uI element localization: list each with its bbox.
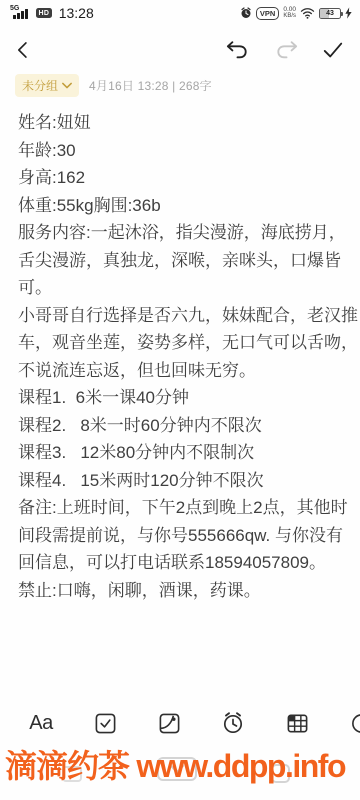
note-date-wordcount: 4月16日 13:28 | 268字 — [89, 77, 212, 94]
note-line: 可。 — [18, 274, 352, 302]
insert-image-button[interactable] — [137, 712, 201, 735]
vpn-icon: VPN — [256, 7, 279, 20]
checkmark-icon — [321, 39, 345, 61]
text-format-icon: Aa — [29, 712, 52, 735]
save-note-button[interactable] — [318, 35, 348, 65]
note-line: 回信息，可以打电话联系18594057809。 — [18, 549, 352, 577]
note-line: 姓名:妞妞 — [18, 109, 352, 137]
insert-table-button[interactable] — [265, 712, 329, 735]
category-label: 未分组 — [22, 77, 58, 94]
status-time: 13:28 — [59, 5, 94, 21]
watermark-banner: 滴滴约茶 www.ddpp.info — [5, 741, 360, 787]
undo-icon — [225, 39, 249, 61]
redo-button[interactable] — [272, 35, 302, 65]
note-line: 课程1. 6米一课40分钟 — [18, 384, 352, 412]
chevron-down-icon — [62, 82, 72, 89]
undo-button[interactable] — [222, 35, 252, 65]
record-circle-icon — [350, 712, 360, 735]
note-line: 间段需提前说，与你号555666qw. 与你没有 — [18, 522, 352, 550]
watermark-cn-text: 滴滴约茶 — [5, 748, 129, 784]
note-line: 小哥哥自行选择是否六九，妹妹配合，老汉推 — [18, 302, 352, 330]
battery-icon: 43 — [319, 8, 341, 19]
note-editor-area[interactable]: 姓名:妞妞 年龄:30 身高:162 体重:55kg胸围:36b 服务内容:一起… — [18, 109, 352, 604]
editor-toolbar — [0, 34, 360, 66]
note-line: 年龄:30 — [18, 137, 352, 165]
signal-strength-icon: 5G — [10, 6, 32, 20]
note-line: 课程3. 12米80分钟内不限制次 — [18, 439, 352, 467]
table-icon — [286, 712, 309, 735]
note-line: 课程2. 8米一时60分钟内不限次 — [18, 412, 352, 440]
note-meta-row: 未分组 4月16日 13:28 | 268字 — [15, 74, 348, 96]
alarm-clock-icon — [221, 711, 245, 735]
note-line: 课程4. 15米两时120分钟不限次 — [18, 467, 352, 495]
note-line: 禁止:口嗨，闲聊，酒课，药课。 — [18, 577, 352, 605]
note-line: 服务内容:一起沐浴，指尖漫游，海底捞月， — [18, 219, 352, 247]
editor-bottom-toolbar: Aa — [0, 702, 360, 744]
note-line: 体重:55kg胸围:36b — [18, 192, 352, 220]
note-line: 备注:上班时间，下午2点到晚上2点，其他时 — [18, 494, 352, 522]
wifi-icon — [300, 7, 315, 19]
redo-icon — [275, 39, 299, 61]
network-speed: 0.00 KB/s — [283, 7, 296, 20]
reminder-button[interactable] — [201, 711, 265, 735]
note-line: 身高:162 — [18, 164, 352, 192]
note-line: 不说流连忘返，但也回味无穷。 — [18, 357, 352, 385]
back-chevron-icon — [13, 40, 33, 60]
checkbox-icon — [94, 712, 117, 735]
charging-bolt-icon — [345, 7, 352, 19]
back-button[interactable] — [8, 35, 38, 65]
image-icon — [158, 712, 181, 735]
hd-volte-icon: HD — [36, 8, 52, 18]
voice-note-button[interactable] — [329, 712, 360, 735]
alarm-status-icon — [240, 7, 252, 19]
status-bar: 5G HD 13:28 VPN 0.00 KB/s — [0, 0, 360, 26]
text-format-button[interactable]: Aa — [9, 712, 73, 735]
category-selector[interactable]: 未分组 — [15, 74, 79, 97]
notes-app-screen: 5G HD 13:28 VPN 0.00 KB/s — [0, 0, 360, 800]
watermark-url-text: www.ddpp.info — [129, 748, 345, 784]
checklist-button[interactable] — [73, 712, 137, 735]
note-line: 舌尖漫游，真独龙，深喉，亲咪头，口爆皆 — [18, 247, 352, 275]
note-line: 车，观音坐莲，姿势多样，无口气可以舌吻， — [18, 329, 352, 357]
